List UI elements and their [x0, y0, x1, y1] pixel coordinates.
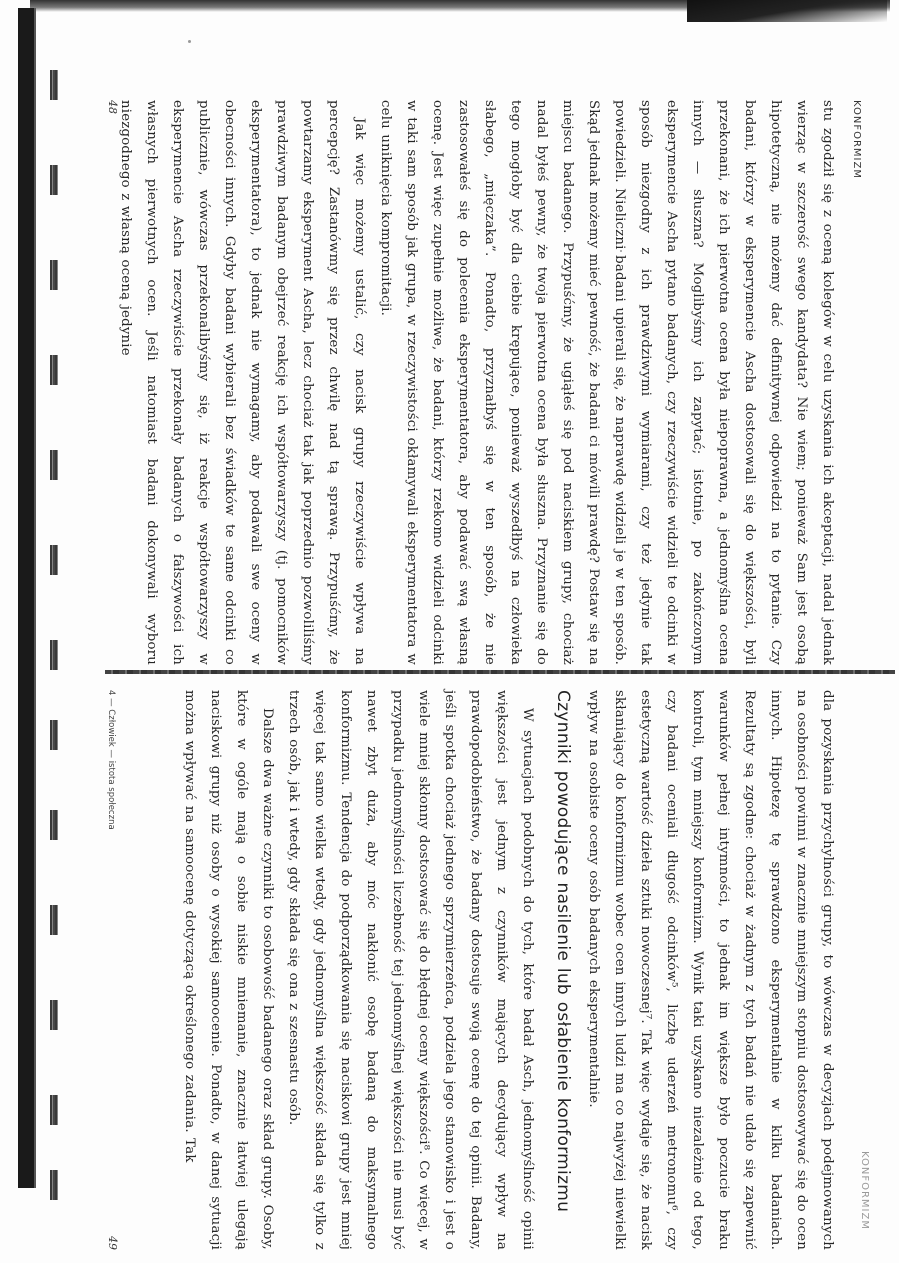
page-number: 48 — [106, 100, 119, 114]
left-page-body: stu zgodził się z oceną kolegów w celu u… — [112, 100, 840, 665]
scan-edge-left — [18, 8, 36, 1188]
binding-mark — [50, 640, 58, 670]
paragraph: dla pozyskania przychylności grupy, to w… — [580, 690, 840, 1250]
binding-mark — [50, 545, 58, 575]
paragraph: W sytuacjach podobnych do tych, które ba… — [280, 690, 540, 1250]
paragraph: Jak więc możemy ustalić, czy nacisk grup… — [112, 100, 372, 665]
binding-mark — [50, 165, 58, 195]
scan-speck — [620, 250, 622, 252]
scanned-book-spread: KONFORMIZM stu zgodził się z oceną koleg… — [0, 0, 899, 1263]
left-page: KONFORMIZM stu zgodził się z oceną koleg… — [110, 100, 840, 665]
footer-note: 4 — Człowiek — istota społeczna — [106, 690, 116, 830]
binding-mark — [50, 70, 58, 100]
binding-mark — [50, 1095, 58, 1125]
binding-marks — [42, 70, 62, 1210]
running-head: KONFORMIZM — [859, 1151, 870, 1230]
scan-speck — [470, 1150, 472, 1152]
binding-mark — [50, 720, 58, 750]
binding-mark — [50, 905, 58, 935]
right-page: KONFORMIZM dla pozyskania przychylności … — [110, 690, 840, 1250]
binding-mark — [50, 260, 58, 290]
page-number: 49 — [106, 1236, 119, 1250]
page-gutter — [105, 670, 895, 674]
binding-mark — [50, 1000, 58, 1030]
binding-mark — [50, 450, 58, 480]
section-heading: Czynniki powodujące nasilenie lub osłabi… — [552, 690, 574, 1250]
binding-mark — [50, 1170, 58, 1200]
scan-edge-shadow — [687, 0, 887, 22]
paragraph: Dalsze dwa ważne czynniki to osobowość b… — [176, 690, 280, 1250]
running-head: KONFORMIZM — [851, 100, 862, 179]
binding-mark — [50, 355, 58, 385]
binding-mark — [50, 810, 58, 840]
scan-speck — [188, 40, 191, 43]
paragraph: stu zgodził się z oceną kolegów w celu u… — [372, 100, 840, 665]
right-page-body: dla pozyskania przychylności grupy, to w… — [176, 690, 840, 1250]
